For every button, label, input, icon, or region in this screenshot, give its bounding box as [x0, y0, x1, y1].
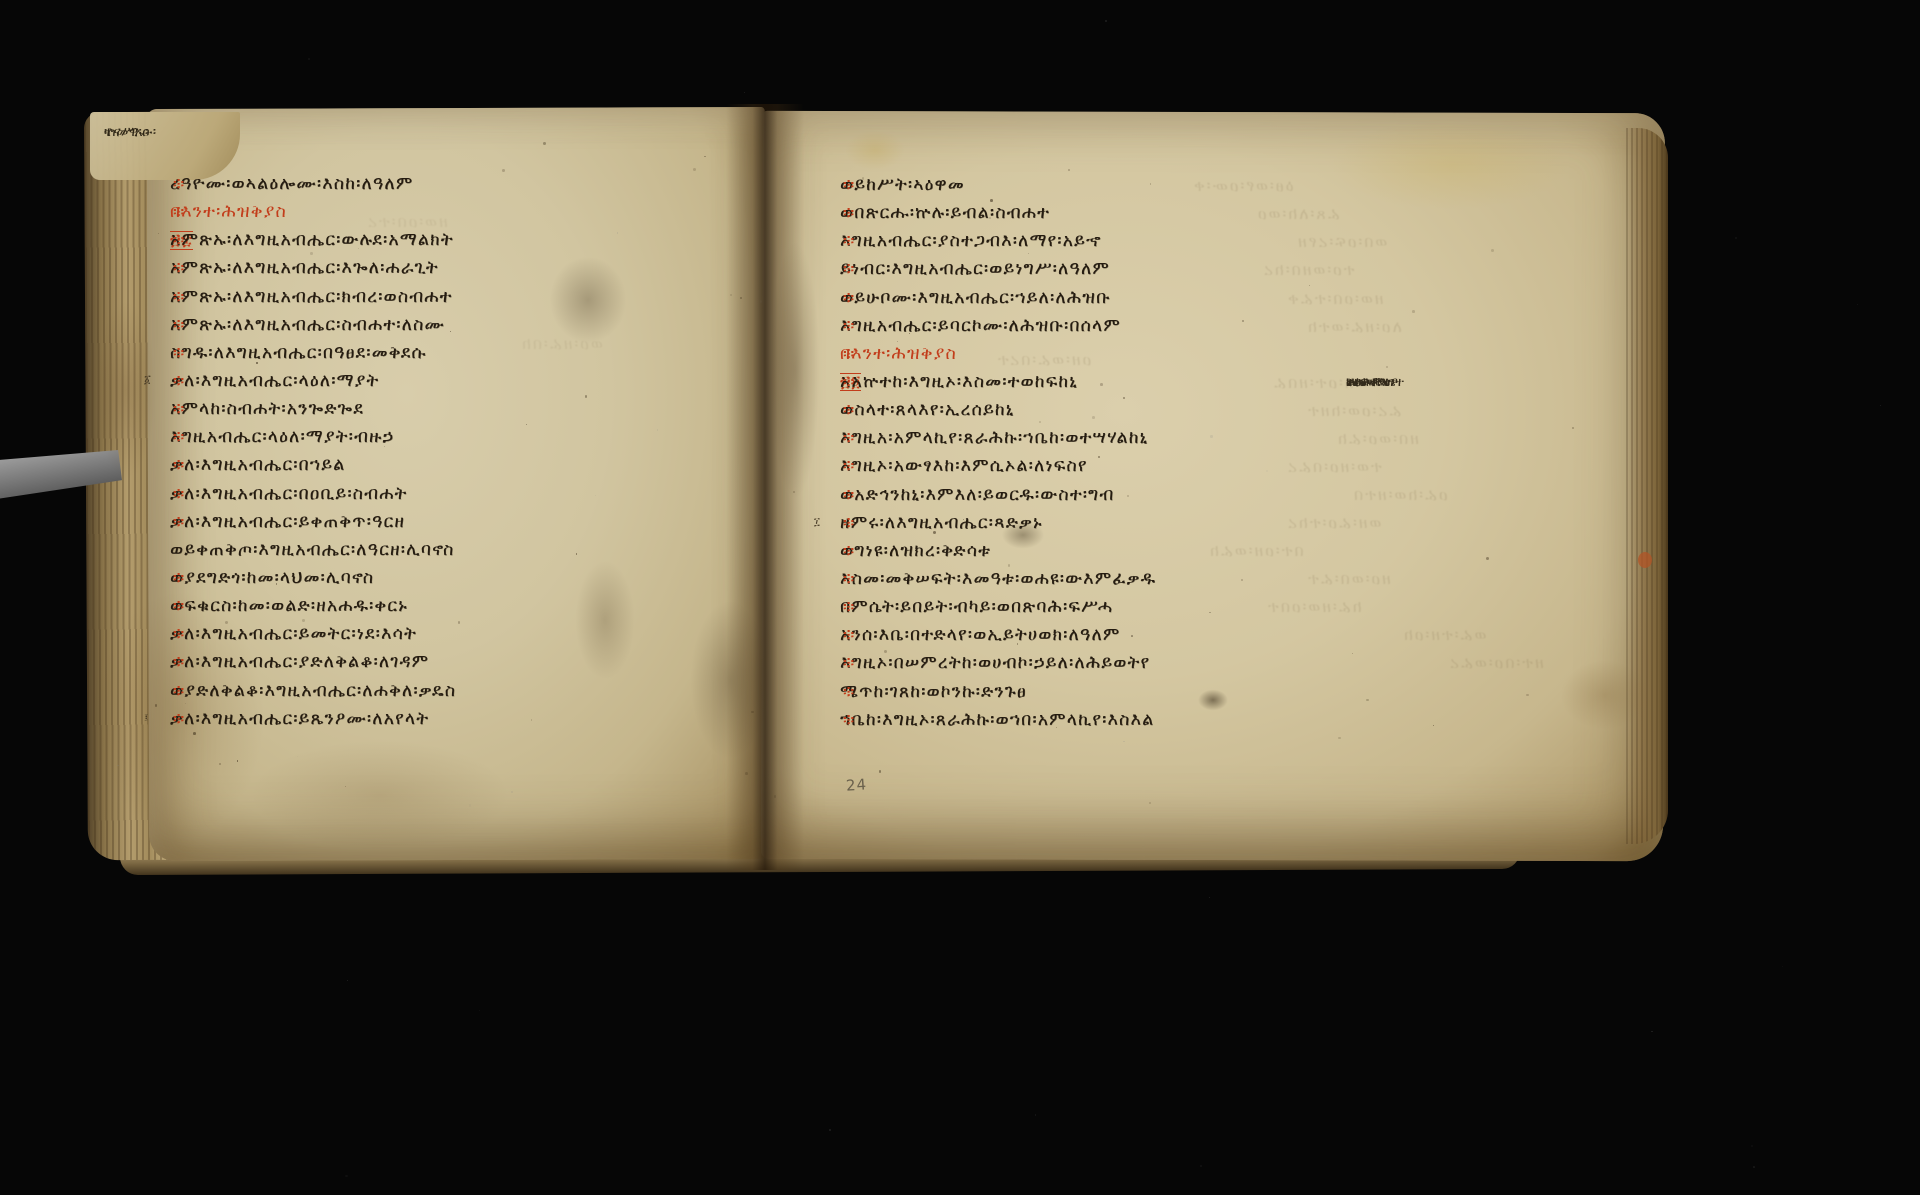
line-end-cross: ፨	[843, 485, 855, 505]
bleedthrough-text: ዘወ፡ዐበ፡ተረ	[366, 212, 448, 232]
bleedthrough-text: ፈጸ፡ለከ፡ወዐ	[1256, 204, 1340, 224]
line-text: እግዚአብሔር፡ያስተጋብእ፡ለማየ፡አይኆ	[840, 231, 1102, 251]
line-end-cross: ፨	[173, 427, 185, 447]
line-end-cross: ፨	[843, 513, 855, 533]
margin-mark: ፲	[814, 515, 820, 529]
dust	[1035, 1114, 1036, 1115]
line-text: እግዚአብሔር፡ይባርኮሙ፡ለሕዝቡ፡በሰላም	[840, 316, 1121, 336]
line-end-cross: ፨	[173, 230, 185, 250]
line-text: ስግዱ፡ለእግዚአብሔር፡በዓፀደ፡መቅደሱ	[170, 343, 427, 363]
line-text: ወያደግድጎ፡ከመ፡ላህመ፡ሊባኖስ	[170, 568, 374, 588]
line-end-cross: ፨	[843, 653, 855, 673]
line-text: አአኵተከ፡እግዚኦ፡እስመ፡ተወከፍከኒ	[840, 372, 1078, 392]
bleedthrough-text: ወዘ፡ፈዐ፡ተከረ	[1286, 513, 1381, 533]
dust	[1880, 405, 1881, 406]
dust	[1209, 897, 1210, 898]
line-text: ቃለ፡እግዚአብሔር፡ይቀጠቅጥ፡ዓርዘ	[170, 512, 405, 532]
line-text: በምሴት፡ይበይት፡ብካይ፡ወበጽባሕ፡ፍሥሓ	[840, 597, 1113, 617]
bleedthrough-text: ተዐ፡ወዘበ፡ከረ	[1262, 260, 1355, 280]
bleedthrough-text: ዘዐ፡ወበ፡ፈተ	[1306, 569, 1391, 589]
line-text: አንሰ፡እቤ፡በተድላየ፡ወኢይትሀወክ፡ለዓለም	[840, 625, 1120, 645]
line-text: እስመ፡መቅሠፍት፡እመዓቱ፡ወሐዩ፡ውእምፈቃዱ	[840, 569, 1156, 589]
line-text: ሜጥከ፡ገጸከ፡ወኮንኩ፡ድንጉፀ	[840, 682, 1027, 702]
dust	[1105, 20, 1107, 22]
line-text: ወበጽርሑ፡ኵሉ፡ይብል፡ስብሐተ	[840, 203, 1050, 223]
line-end-cross: ፨	[173, 315, 185, 335]
manuscript-photo: ተናሥኡ፡፡ስመዊ፡ዑ፡ ረዓዮሙ፡ወኣልዕሎሙ፡እስከ፡ለዓለም፨በእንተ፡ሕ…	[0, 0, 1920, 1195]
line-end-cross: ፨	[173, 624, 185, 644]
line-end-cross: ፨	[843, 231, 855, 251]
dust	[1735, 237, 1737, 239]
line-text: ረዓዮሙ፡ወኣልዕሎሙ፡እስከ፡ለዓለም	[170, 174, 413, 194]
line-text: ወይቀጠቅጦ፡እግዚአብሔር፡ለዓርዘ፡ሊባኖስ	[170, 540, 454, 560]
line-text: በእንተ፡ሕዝቅያስ	[840, 344, 957, 364]
line-end-cross: ፨	[843, 288, 855, 308]
line-end-cross: ፨	[843, 682, 855, 702]
line-end-cross: ፨	[843, 344, 855, 364]
pencil-page-number: 24	[845, 775, 867, 794]
margin-mark: ፩	[144, 373, 151, 387]
bleedthrough-text: ዐፈ፡ከወ፡ዘተበ	[1352, 485, 1448, 505]
bleedthrough-text: ተወ፡ዘዐ፡በፈረ	[1286, 457, 1382, 477]
line-text: እግዚአብሔር፡ላዕለ፡ማያት፡ብዙኃ	[170, 427, 394, 447]
line-text: ወአድኅንከኒ፡እምእለ፡ይወርዱ፡ውስተ፡ግብ	[840, 485, 1114, 505]
line-text: ወስላተ፡ጸላእየ፡ኢረሰይከኒ	[840, 400, 1014, 420]
dust	[1651, 1031, 1653, 1033]
line-end-cross: ፨	[843, 400, 855, 420]
gloss-line: ጢቆ፡እግ	[1346, 372, 1386, 391]
line-text: አምጽኡ፡ለእግዚአብሔር፡ስብሐተ፡ለስሙ	[170, 315, 445, 335]
book-gutter-shadow	[726, 104, 804, 870]
line-end-cross: ፨	[173, 681, 185, 701]
bleedthrough-text: ዐዘ፡ወፈ፡በረተ	[996, 350, 1091, 370]
bleedthrough-text: ከፈ፡ዘወ፡ዐበተ	[1266, 597, 1362, 617]
line-text: አምላከ፡ስብሐት፡አንጐድጐደ	[170, 399, 364, 419]
line-text: ቃለ፡እግዚአብሔር፡በኀይል	[170, 455, 345, 475]
line-end-cross: ፨	[173, 596, 185, 616]
line-end-cross: ፨	[843, 569, 855, 589]
line-text: ቃለ፡እግዚአብሔር፡ይመትር፡ነደ፡እሳት	[170, 624, 417, 644]
line-end-cross: ፨	[173, 399, 185, 419]
bleedthrough-text: በተ፡ዐዘ፡ወፈከ	[1208, 541, 1304, 561]
line-end-cross: ፨	[173, 652, 185, 672]
line-text: ይነብር፡እግዚአብሔር፡ወይነግሥ፡ለዓለም	[840, 259, 1110, 279]
right-fore-edge	[1626, 128, 1668, 844]
line-end-cross: ፨	[843, 625, 855, 645]
line-text: ወፍቁርስ፡ከመ፡ወልድ፡ዘአሐዱ፡ቀርኑ	[170, 596, 408, 616]
line-end-cross: ፨	[843, 597, 855, 617]
line-text: ቃለ፡እግዚአብሔር፡ያድለቅልቆ፡ለገዳም	[170, 652, 429, 672]
dust	[1857, 304, 1858, 305]
line-end-cross: ፨	[173, 568, 185, 588]
line-text: ቃለ፡እግዚአብሔር፡ይጼንዖሙ፡ለአየላት	[170, 709, 429, 729]
line-end-cross: ፨	[173, 287, 185, 307]
line-end-cross: ፨	[173, 709, 185, 729]
dust	[345, 1175, 347, 1177]
dust	[829, 1129, 831, 1131]
bleedthrough-text: ወፈ፡ተዘ፡ዐከ	[1402, 625, 1486, 645]
dust	[1782, 966, 1783, 967]
line-end-cross: ፨	[173, 258, 185, 278]
line-text: እግዚአ፡አምላኪየ፡ጸራሕኩ፡ኀቤከ፡ወተሣሃልከኒ	[840, 428, 1148, 448]
line-end-cross: ፨	[173, 343, 185, 363]
bleedthrough-text: ለዐ፡ዘፈ፡ወተከ	[1306, 317, 1402, 337]
dust	[1751, 1145, 1753, 1147]
line-end-cross: ፨	[843, 259, 855, 279]
line-text: እግዚኦ፡በሠምረትከ፡ወሀብኮ፡ኃይለ፡ለሕይወትየ	[840, 653, 1150, 673]
line-text: ወያድለቅልቆ፡እግዚአብሔር፡ለሐቅለ፡ቃዴስ	[170, 681, 456, 701]
margin-mark: ፤	[144, 711, 149, 725]
line-end-cross: ፨	[843, 710, 855, 730]
line-text: ቃለ፡እግዚአብሔር፡በዐቢይ፡ስብሐት	[170, 484, 407, 504]
line-end-cross: ፨	[843, 456, 855, 476]
bleedthrough-text: ዕፀ፡ወየ፡ዐው፡ቀ	[1192, 176, 1294, 196]
line-end-cross: ፨	[843, 203, 855, 223]
dust	[1200, 1165, 1202, 1167]
line-text: አምጽኡ፡ለእግዚአብሔር፡ክብረ፡ወስብሐተ	[170, 287, 453, 307]
bleedthrough-text: ዘበ፡ወዐ፡ፈከ	[1336, 429, 1419, 449]
bleedthrough-text: ወዐ፡ዘፈ፡በከ	[520, 334, 603, 354]
dust	[347, 980, 348, 981]
line-text: ቃለ፡እግዚአብሔር፡ላዕለ፡ማያት	[170, 371, 379, 391]
line-text: በእንተ፡ሕዝቅያስ	[170, 202, 287, 222]
line-text: አምጽኡ፡ለእግዚአብሔር፡ውሉደ፡አማልክት	[170, 230, 454, 250]
line-end-cross: ፨	[843, 316, 855, 336]
bleedthrough-text: ዘወ፡ዐበ፡ተፈቀ	[1286, 289, 1384, 309]
line-end-cross: ፨	[843, 541, 855, 561]
line-text: ኀቤከ፡እግዚኦ፡ጸራሕኩ፡ወኀበ፡አምላኪየ፡እስእል	[840, 710, 1154, 730]
bleedthrough-text: ፈረ፡ዐወ፡ከዘተ	[1306, 401, 1401, 421]
dust	[479, 1010, 480, 1011]
line-text: ዘምሩ፡ለእግዚአብሔር፡ጻድቃኑ	[840, 513, 1043, 533]
line-end-cross: ፨	[173, 484, 185, 504]
dust	[744, 92, 745, 93]
line-end-cross: ፨	[173, 174, 185, 194]
line-text: ወይሁቦሙ፡እግዚአብሔር፡ኀይለ፡ለሕዝቡ	[840, 288, 1111, 308]
line-end-cross: ፨	[843, 175, 855, 195]
line-text: አምጽኡ፡ለእግዚአብሔር፡እጐለ፡ሐራጊት	[170, 258, 439, 278]
line-end-cross: ፨	[173, 455, 185, 475]
dust	[1753, 1166, 1755, 1168]
line-text: እግዚኦ፡አውፃእከ፡እምሲኦል፡ለነፍስየ	[840, 456, 1088, 476]
line-text: ወይከሥት፡ኣዕዋመ	[840, 175, 965, 195]
dust	[308, 58, 310, 60]
line-end-cross: ፨	[843, 428, 855, 448]
bleedthrough-text: ወበ፡ዐፍ፡ረየዘ	[1296, 232, 1387, 252]
line-text: ወግነዩ፡ለዝክረ፡ቅድሳቱ	[840, 541, 991, 561]
gloss-line: ፡ስመዊ፡ዑ፡	[104, 122, 157, 143]
bleedthrough-text: ዘተ፡በዐ፡ወፈረ	[1448, 653, 1544, 673]
line-end-cross: ፨	[173, 512, 185, 532]
line-end-cross: ፨	[843, 372, 855, 392]
line-end-cross: ፨	[173, 202, 185, 222]
line-end-cross: ፨	[173, 371, 185, 391]
